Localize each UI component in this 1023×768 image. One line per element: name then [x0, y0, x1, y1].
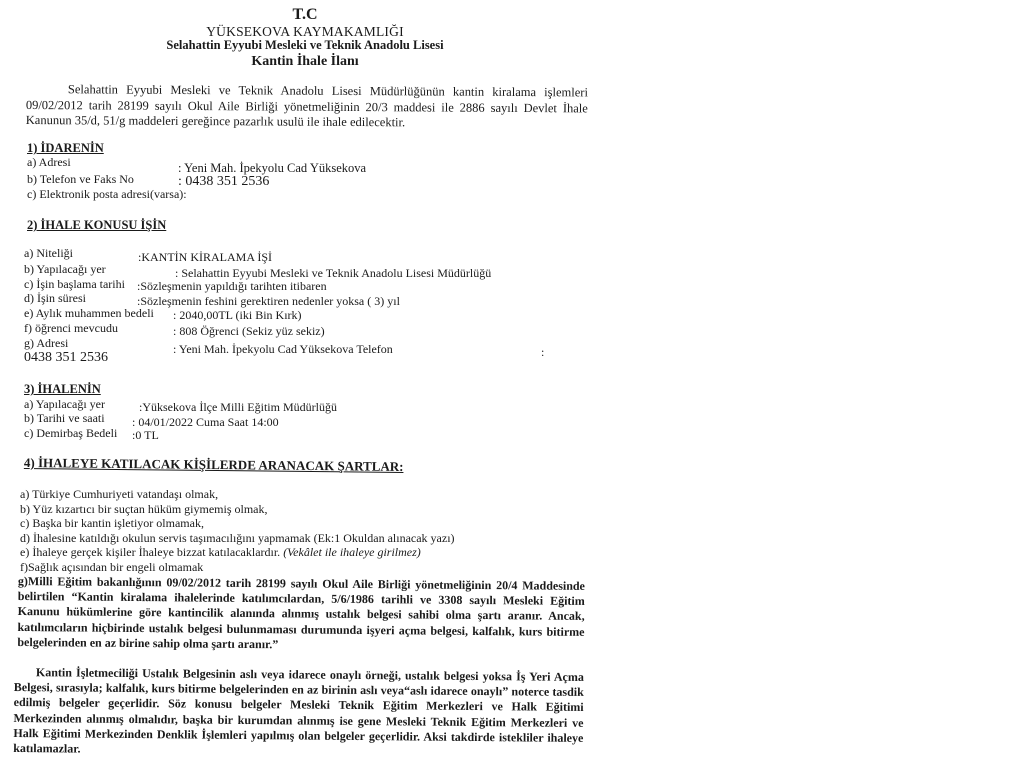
section4-item-e-text: e) İhaleye gerçek kişiler İhaleye bizzat…	[20, 545, 280, 559]
section2-label-e: e) Aylık muhammen bedeli	[24, 306, 154, 321]
section2-value-g: : Yeni Mah. İpekyolu Cad Yüksekova Telef…	[173, 342, 393, 357]
section4-item-b: b) Yüz kızartıcı bir suçtan hüküm giymem…	[20, 502, 268, 517]
section2-value-e: : 2040,00TL (iki Bin Kırk)	[173, 308, 302, 323]
section3-title: 3) İHALENİN	[24, 382, 101, 397]
scanned-document: T.C YÜKSEKOVA KAYMAKAMLIĞI Selahattin Ey…	[0, 0, 1023, 768]
section2-label-c: c) İşin başlama tarihi	[24, 277, 125, 292]
section4-item-e: e) İhaleye gerçek kişiler İhaleye bizzat…	[20, 545, 421, 560]
section2-label-g: g) Adresi	[24, 336, 68, 351]
section3-value-c: :0 TL	[132, 428, 159, 443]
section4-item-a: a) Türkiye Cumhuriyeti vatandaşı olmak,	[20, 487, 218, 502]
section4-item-e-note: (Vekâlet ile ihaleye girilmez)	[283, 545, 421, 559]
section1-title: 1) İDARENİN	[27, 141, 104, 156]
section4-title: 4) İHALEYE KATILACAK KİŞİLERDE ARANACAK …	[24, 455, 404, 475]
section4-item-g: g)Milli Eğitim bakanlığının 09/02/2012 t…	[17, 574, 585, 655]
section4-item-c: c) Başka bir kantin işletiyor olmamak,	[20, 516, 204, 531]
intro-paragraph: Selahattin Eyyubi Mesleki ve Teknik Anad…	[26, 82, 588, 132]
section2-trailing-colon: :	[541, 345, 544, 360]
header-school: Selahattin Eyyubi Mesleki ve Teknik Anad…	[0, 38, 610, 53]
document-title: Kantin İhale İlanı	[0, 54, 610, 70]
section1-label-a: a) Adresi	[27, 155, 71, 170]
section1-value-b: : 0438 351 2536	[178, 174, 269, 190]
section3-label-b: b) Tarihi ve saati	[24, 411, 105, 426]
section4-item-f: f)Sağlık açısından bir engeli olmamak	[20, 560, 203, 575]
section1-label-b: b) Telefon ve Faks No	[27, 172, 134, 187]
section2-label-d: d) İşin süresi	[24, 291, 86, 306]
section4-item-d: d) İhalesine katıldığı okulun servis taş…	[20, 531, 455, 546]
section1-label-c: c) Elektronik posta adresi(varsa):	[27, 187, 187, 202]
section3-label-c: c) Demirbaş Bedeli	[24, 426, 117, 441]
section2-label-b: b) Yapılacağı yer	[24, 262, 106, 277]
section2-title: 2) İHALE KONUSU İŞİN	[27, 218, 166, 233]
section2-label-f: f) öğrenci mevcudu	[24, 321, 118, 336]
section2-value-c: :Sözleşmenin yapıldığı tarihten itibaren	[137, 279, 327, 294]
section2-value-f: : 808 Öğrenci (Sekiz yüz sekiz)	[173, 324, 325, 339]
section3-value-a: :Yüksekova İlçe Milli Eğitim Müdürlüğü	[139, 400, 337, 415]
section2-value-a: :KANTİN KİRALAMA İŞİ	[138, 250, 272, 265]
section2-phone: 0438 351 2536	[24, 350, 108, 366]
header-tc: T.C	[0, 6, 610, 24]
section4-closing-paragraph: Kantin İşletmeciliği Ustalık Belgesinin …	[13, 665, 584, 761]
section3-label-a: a) Yapılacağı yer	[24, 397, 105, 412]
section2-label-a: a) Niteliği	[24, 246, 73, 261]
section2-value-d: :Sözleşmenin feshini gerektiren nedenler…	[137, 294, 400, 309]
